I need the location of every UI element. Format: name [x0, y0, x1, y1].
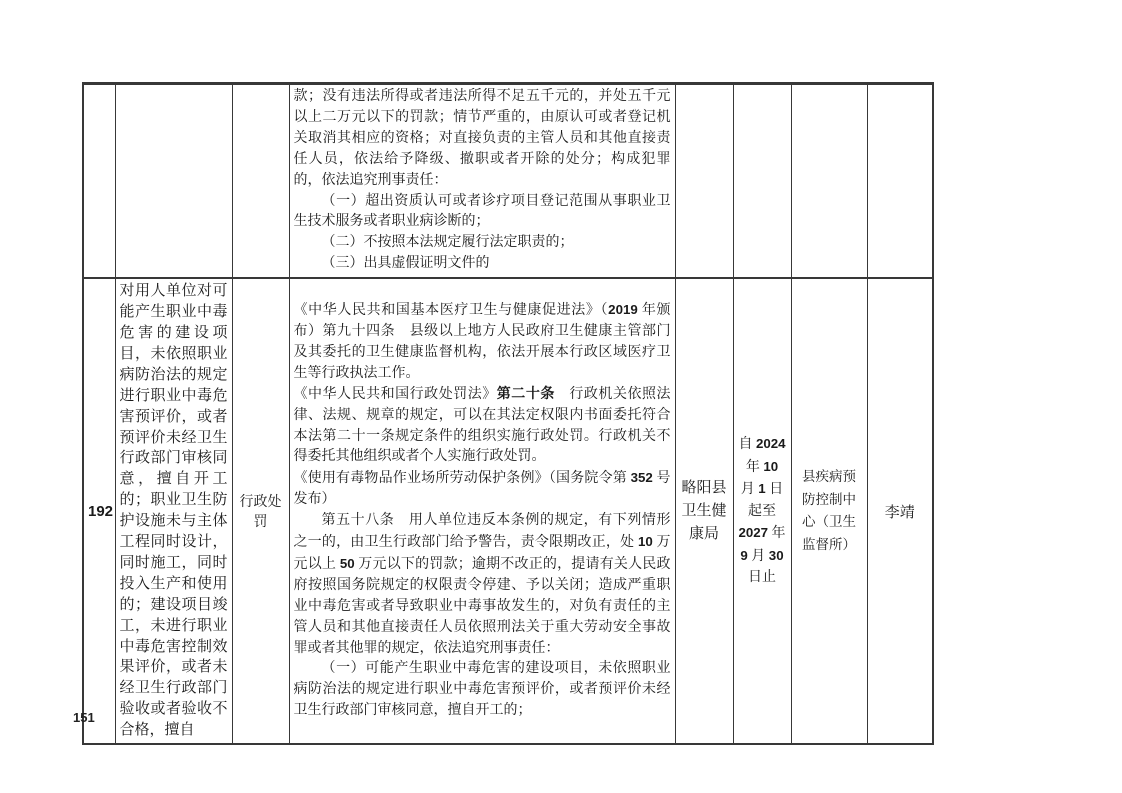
cell-implementing-authority: [675, 84, 733, 279]
text-segment: 2024: [756, 436, 786, 451]
cell-responsible-person: 李靖: [867, 278, 933, 744]
cell-violation: [115, 84, 232, 279]
legal-paragraph: （二）不按照本法规定履行法定职责的；: [294, 233, 671, 254]
cell-implementing-authority: 略阳县卫生健康局: [675, 278, 733, 744]
text-segment: 款；没有违法所得或者违法所得不足五千元的，并处五千元以上二万元以下的罚款；情节严…: [294, 89, 671, 188]
text-segment: （二）不按照本法规定履行法定职责的；: [322, 235, 574, 250]
text-segment: 《中华人民共和国基本医疗卫生与健康促进法》（: [294, 303, 609, 318]
cell-responsible-person: [867, 84, 933, 279]
text-segment: 2019: [608, 302, 638, 317]
cell-delegation-period: 自 2024 年 10 月 1 日起至 2027 年 9 月 30 日止: [733, 278, 791, 744]
text-segment: 352: [631, 470, 653, 485]
legal-paragraph: 《中华人民共和国基本医疗卫生与健康促进法》（2019 年颁布）第九十四条 县级以…: [294, 300, 671, 385]
text-segment: 10: [763, 459, 778, 474]
legal-paragraph: 第五十八条 用人单位违反本条例的规定，有下列情形之一的，由卫生行政部门给予警告，…: [294, 511, 671, 659]
text-segment: 月: [741, 482, 759, 497]
table-row-continuation: 款；没有违法所得或者违法所得不足五千元的，并处五千元以上二万元以下的罚款；情节严…: [83, 84, 933, 279]
text-segment: 《使用有毒物品作业场所劳动保护条例》（国务院令第: [294, 471, 631, 486]
text-segment: 年: [746, 460, 764, 475]
cell-legal-basis: 《中华人民共和国基本医疗卫生与健康促进法》（2019 年颁布）第九十四条 县级以…: [289, 278, 675, 744]
cell-legal-basis: 款；没有违法所得或者违法所得不足五千元的，并处五千元以上二万元以下的罚款；情节严…: [289, 84, 675, 279]
text-segment: 9: [740, 548, 747, 563]
text-segment: 1: [758, 481, 765, 496]
cell-seq: [83, 84, 115, 279]
text-segment: 自: [738, 437, 756, 452]
cell-penalty-type: [232, 84, 289, 279]
text-segment: 10: [638, 534, 653, 549]
legal-paragraph: （三）出具虚假证明文件的: [294, 254, 671, 275]
cell-delegation-period: [733, 84, 791, 279]
table-row-item-192: 192 对用人单位对可能产生职业中毒危害的建设项目，未依照职业病防治法的规定进行…: [83, 278, 933, 744]
text-segment: （一）超出资质认可或者诊疗项目登记范围从事职业卫生技术服务或者职业病诊断的；: [294, 194, 671, 230]
document-page: 款；没有违法所得或者违法所得不足五千元的，并处五千元以上二万元以下的罚款；情节严…: [0, 0, 1122, 793]
legal-paragraph: 款；没有违法所得或者违法所得不足五千元的，并处五千元以上二万元以下的罚款；情节严…: [294, 87, 671, 192]
text-segment: （三）出具虚假证明文件的: [322, 256, 490, 271]
text-segment: 《中华人民共和国行政处罚法》: [294, 387, 497, 402]
text-segment: 年: [768, 526, 786, 541]
legal-paragraph: 《中华人民共和国行政处罚法》第二十条 行政机关依照法律、法规、规章的规定，可以在…: [294, 385, 671, 469]
text-segment: 日止: [748, 570, 776, 585]
text-segment: 2027: [738, 525, 768, 540]
cell-penalty-type: 行政处罚: [232, 278, 289, 744]
text-segment: 第二十条: [497, 387, 555, 402]
legal-paragraph: （一）超出资质认可或者诊疗项目登记范围从事职业卫生技术服务或者职业病诊断的；: [294, 192, 671, 234]
text-segment: 万元以下的罚款；逾期不改正的，提请有关人民政府按照国务院规定的权限责令停建、予以…: [294, 557, 671, 656]
legal-paragraph: （一）可能产生职业中毒危害的建设项目，未依照职业病防治法的规定进行职业中毒危害预…: [294, 659, 671, 722]
cell-delegated-org: [791, 84, 867, 279]
cell-seq: 192: [83, 278, 115, 744]
cell-violation: 对用人单位对可能产生职业中毒危害的建设项目，未依照职业病防治法的规定进行职业中毒…: [115, 278, 232, 744]
text-segment: 月: [748, 549, 769, 564]
penalty-items-table: 款；没有违法所得或者违法所得不足五千元的，并处五千元以上二万元以下的罚款；情节严…: [82, 82, 934, 745]
page-number: 151: [73, 710, 95, 725]
text-segment: 30: [769, 548, 784, 563]
text-segment: 第五十八条 用人单位违反本条例的规定，有下列情形之一的，由卫生行政部门给予警告，…: [294, 513, 671, 550]
text-segment: （一）可能产生职业中毒危害的建设项目，未依照职业病防治法的规定进行职业中毒危害预…: [294, 661, 671, 718]
cell-delegated-org: 县疾病预防控制中心（卫生监督所）: [791, 278, 867, 744]
text-segment: 50: [340, 556, 355, 571]
legal-paragraph: 《使用有毒物品作业场所劳动保护条例》（国务院令第 352 号发布）: [294, 468, 671, 511]
